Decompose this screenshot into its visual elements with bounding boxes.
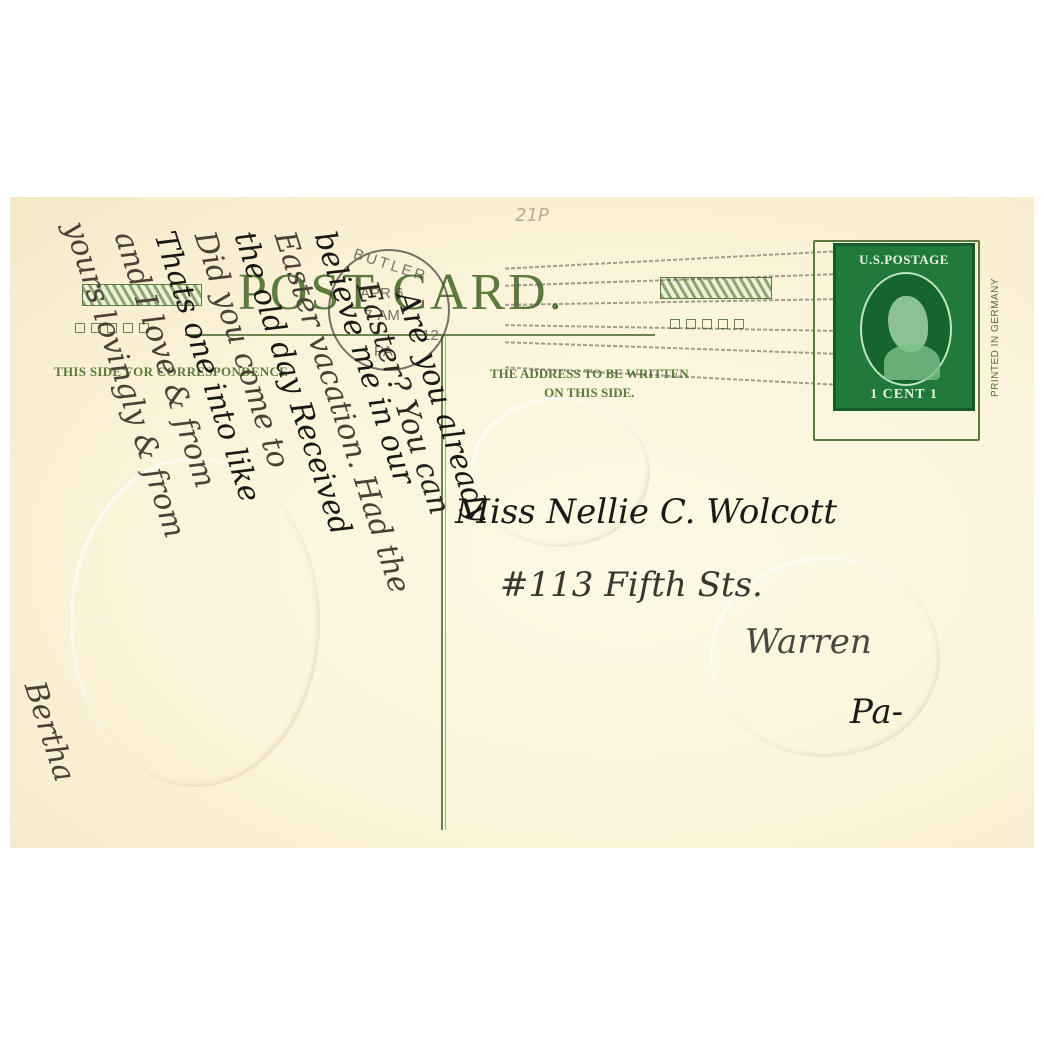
stamp-portrait — [860, 272, 952, 386]
postcard: 21P POST CARD. THIS SIDE FOR CORRESPONDE… — [10, 197, 1034, 848]
cancellation-line — [505, 341, 835, 355]
address-label: THE ADDRESS TO BE WRITTEN ON THIS SIDE. — [490, 364, 689, 402]
address-line-1: Miss Nellie C. Wolcott — [455, 492, 837, 532]
message-signature: Bertha — [17, 677, 82, 786]
postage-stamp: U.S.POSTAGE 1 CENT 1 — [833, 243, 975, 411]
stamp-denomination: 1 CENT 1 — [836, 387, 972, 403]
printed-in-germany: PRINTED IN GERMANY — [990, 278, 1001, 397]
embossed-flower — [70, 457, 320, 787]
address-label-line2: ON THIS SIDE. — [490, 383, 689, 402]
address-line-4: Pa- — [850, 692, 903, 732]
pencil-notation: 21P — [515, 205, 549, 226]
stamp-top-text: U.S.POSTAGE — [836, 252, 972, 268]
cancellation-line — [505, 250, 835, 269]
address-line-3: Warren — [745, 622, 872, 662]
portrait-shoulder — [884, 344, 940, 380]
address-line-2: #113 Fifth Sts. — [500, 565, 763, 605]
postmark-city: BUTLER — [351, 245, 430, 285]
